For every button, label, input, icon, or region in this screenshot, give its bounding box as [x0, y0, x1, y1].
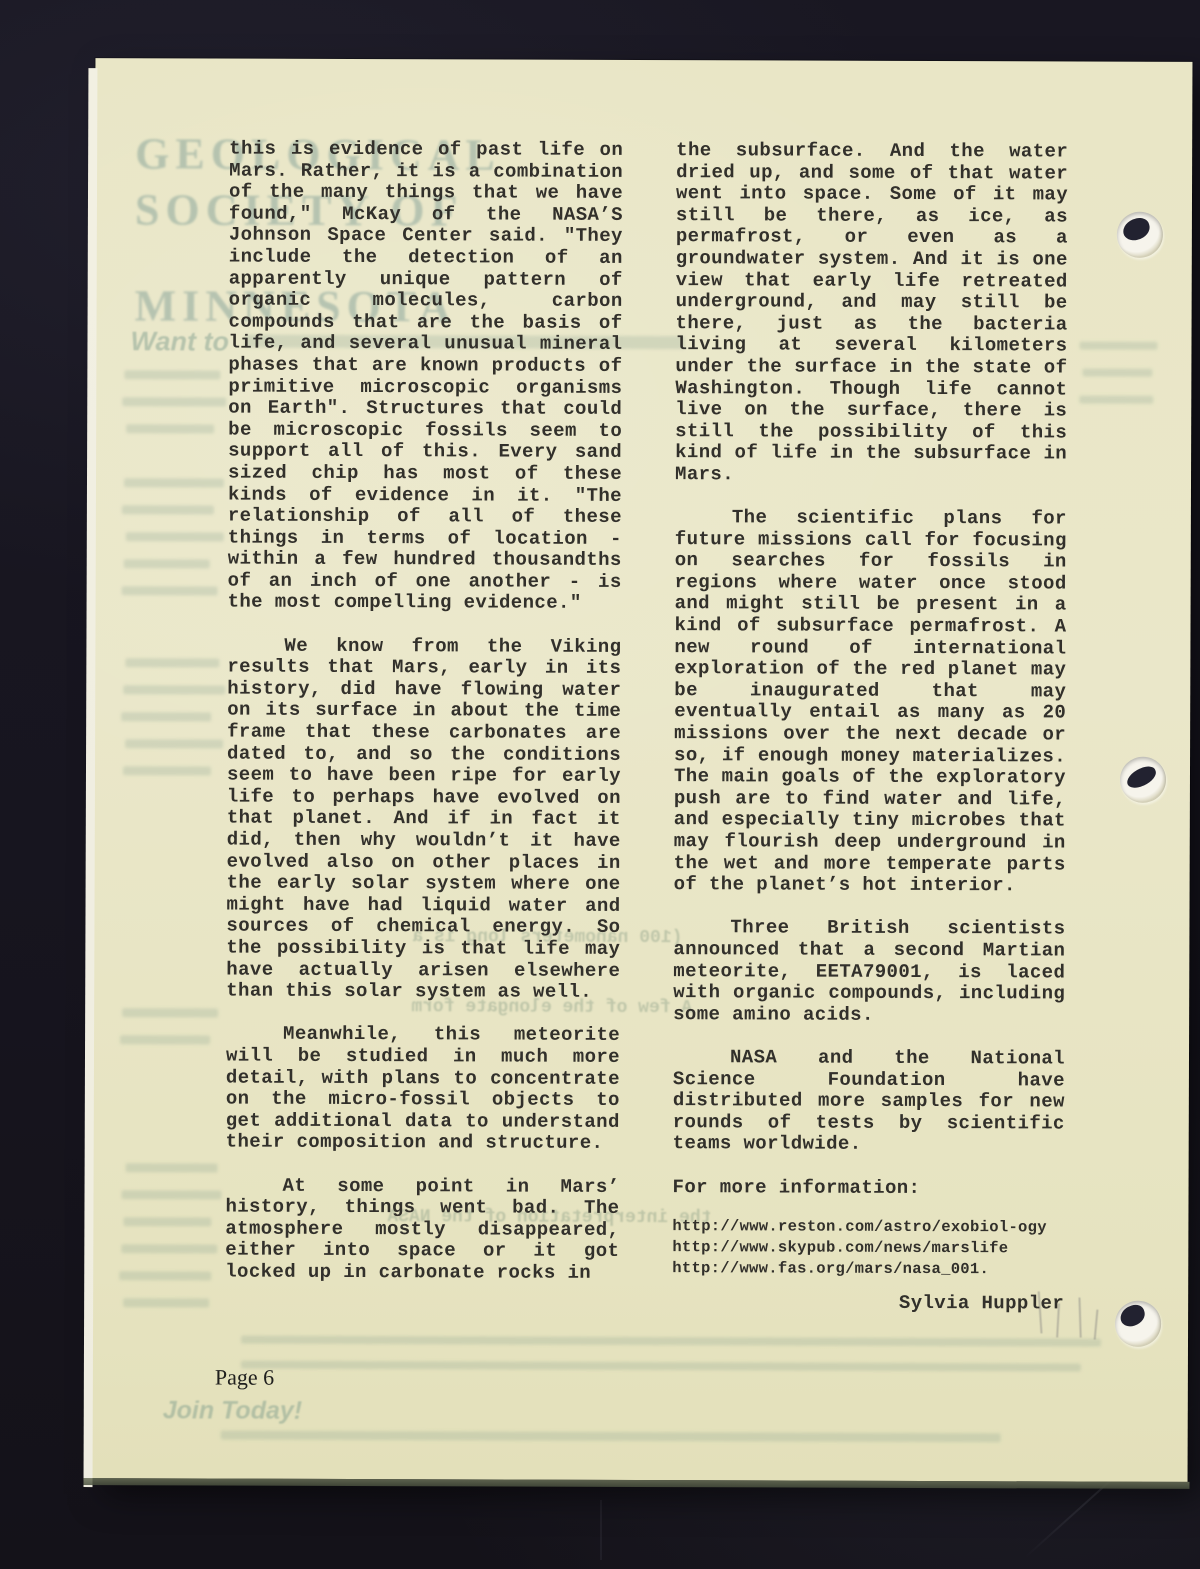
ghost-text-bar [119, 1271, 211, 1280]
scratch-mark [600, 1500, 602, 1560]
scan-background: GEOLOGICAL SOCIETY OF MINNESOTA Want to … [0, 0, 1200, 1569]
ghost-text-bar [120, 1035, 210, 1044]
ghost-text-bar [125, 658, 219, 667]
ghost-text-bar [124, 370, 220, 379]
hole-punch-shadow [1121, 216, 1152, 243]
ghost-text-bar [123, 1217, 211, 1226]
ghost-text-bar [1079, 396, 1153, 404]
hole-punch [1115, 1301, 1161, 1347]
ghost-text-bar [123, 685, 225, 694]
ghost-text-bar [241, 1336, 1101, 1347]
paragraph: We know from the Viking results that Mar… [226, 635, 621, 1003]
ghost-text-bar [221, 1431, 1001, 1443]
reference-link: http://www.fas.org/mars/nasa_001. [672, 1258, 1064, 1280]
paragraph: The scientific plans for future missions… [674, 507, 1067, 897]
ghost-text-bar [122, 586, 218, 595]
ghost-text-bar [123, 766, 211, 775]
ghost-text-bar [1082, 369, 1152, 377]
more-info-label: For more information: [673, 1177, 1065, 1200]
paragraph: the subsurface. And the water dried up, … [675, 140, 1068, 487]
hole-punch-shadow [1118, 1302, 1148, 1329]
article-column-left: this is evidence of past life on Mars. R… [225, 139, 623, 1306]
ghost-text-bar [126, 532, 224, 541]
reference-link: http://www.skypub.com/news/marslife [672, 1237, 1064, 1259]
hole-punch [1120, 757, 1166, 803]
ghost-text-bar [123, 1298, 209, 1307]
paragraph: this is evidence of past life on Mars. R… [228, 139, 624, 615]
ghost-heading: Join Today! [163, 1396, 302, 1425]
article-column-right: the subsurface. And the water dried up, … [672, 140, 1068, 1315]
ghost-text-bar [126, 424, 214, 433]
ghost-text-bar [121, 712, 211, 721]
ghost-text-bar [124, 478, 224, 487]
ghost-text-bar [1079, 342, 1157, 350]
hole-punch [1117, 212, 1163, 258]
ghost-text-bar [122, 397, 226, 406]
hole-punch-shadow [1124, 763, 1159, 791]
paragraph: At some point in Mars’ history, things w… [225, 1175, 619, 1284]
document-page: GEOLOGICAL SOCIETY OF MINNESOTA Want to … [91, 58, 1193, 1482]
ghost-text-bar [124, 559, 210, 568]
ghost-text-bar [125, 739, 223, 748]
reference-links: http://www.reston.com/astro/exobiol-ogy … [672, 1216, 1064, 1280]
pencil-mark [1094, 1310, 1099, 1340]
ghost-text-bar [241, 1361, 1081, 1372]
byline: Sylvia Huppler [672, 1292, 1064, 1315]
ghost-text-bar [121, 1190, 221, 1199]
ghost-heading: Want to [130, 326, 229, 357]
ghost-text-bar [122, 1008, 218, 1017]
paragraph: Three British scientists announced that … [673, 917, 1065, 1026]
ghost-showthrough-layer [95, 58, 1192, 62]
page-number: Page 6 [215, 1365, 274, 1391]
pencil-mark [1078, 1298, 1081, 1338]
paragraph: NASA and the National Science Foundation… [673, 1047, 1065, 1156]
ghost-text-bar [122, 505, 214, 514]
ghost-text-bar [126, 1163, 218, 1172]
reference-link: http://www.reston.com/astro/exobiol-ogy [672, 1216, 1064, 1238]
ghost-text-bar [121, 1244, 217, 1253]
paragraph: Meanwhile, this meteorite will be studie… [226, 1024, 620, 1155]
